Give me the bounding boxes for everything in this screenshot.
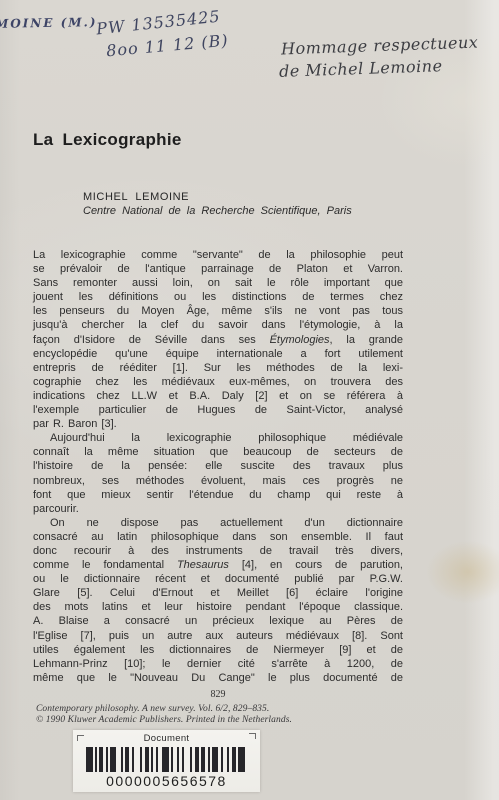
text-line: donc recourir à des instruments de trava… [33,544,403,558]
text-line: cographie chez les médiévaux eux-mêmes, … [33,375,403,389]
text-line: même que le "Nouveau Du Cange" le plus d… [33,671,403,685]
text-line: jouent les définitions ou les distinctio… [33,290,403,304]
text-line: On ne dispose pas actuellement d'un dict… [33,516,403,530]
barcode-label: Document 0000005656578 [73,730,260,792]
author-name: MICHEL LEMOINE [83,191,352,205]
text-line: façon d'Isidore de Séville dans ses Étym… [33,333,403,347]
text-line: encyclopédie qu'une équipe international… [33,347,403,361]
text-line: font que mieux sentir l'étendue du champ… [33,488,403,502]
owner-stamp-handwriting: MOINE (M.) [0,15,98,31]
text-line: Sans remonter aussi loin, on sait le rôl… [33,276,403,290]
text-line: nombreux, ses méthodes évoluent, mais ce… [33,474,403,488]
paragraph: La lexicographie comme "servante" de la … [33,248,403,431]
dedication-handwriting-line2: de Michel Lemoine [279,56,443,81]
text-line: les penseurs du Moyen Âge, même s'ils ne… [33,304,403,318]
text-line: ou le dictionnaire récent et documenté p… [33,572,403,586]
barcode-number: 0000005656578 [73,773,260,789]
footer-copyright: © 1990 Kluwer Academic Publishers. Print… [36,715,292,725]
barcode-label-title: Document [73,733,260,744]
text-line: Glare [5]. Celui d'Ernout et Meillet [6]… [33,586,403,600]
scanned-document-page: MOINE (M.) PW 13535425 8oo 11 12 (B) Hom… [0,0,499,800]
body-text: La lexicographie comme "servante" de la … [33,248,403,685]
text-line: consacré au latin philosophique dans son… [33,530,403,544]
page-number: 829 [33,689,403,700]
text-line: des mots latins et leur histoire pendant… [33,600,403,614]
text-line: Lehmann-Prinz [10]; le dernier cité s'ar… [33,657,403,671]
author-block: MICHEL LEMOINE Centre National de la Rec… [83,191,352,218]
text-line: connaît la même situation que beaucoup d… [33,445,403,459]
text-line: entrepris de rééditer [1]. Sur les métho… [33,361,403,375]
text-line: par R. Baron [3]. [33,417,403,431]
text-line: jusqu'à chercher la clef du savoir dans … [33,318,403,332]
barcode [86,747,247,772]
text-line: l'histoire de la pensée: elle suscite de… [33,459,403,473]
article-title: La Lexicographie [33,130,182,150]
author-affiliation: Centre National de la Recherche Scientif… [83,205,352,219]
footer-citation: Contemporary philosophy. A new survey. V… [36,704,269,714]
text-line: Aujourd'hui la lexicographie philosophiq… [33,431,403,445]
paragraph: On ne dispose pas actuellement d'un dict… [33,516,403,685]
text-line: se prévaloir de l'antique parrainage de … [33,262,403,276]
text-line: l'exemple particulier de Hugues de Saint… [33,403,403,417]
text-line: comme le fondamental Thesaurus [4], en c… [33,558,403,572]
text-line: utiles également les dictionnaires de Ni… [33,643,403,657]
text-line: indications chez LL.W et B.A. Daly [2] e… [33,389,403,403]
dedication-handwriting-line1: Hommage respectueux [281,33,479,59]
paragraph: Aujourd'hui la lexicographie philosophiq… [33,431,403,516]
barcode-gap [245,747,247,772]
text-line: parcourir. [33,502,403,516]
text-line: l'Eglise [7], puis un autre aux auteurs … [33,629,403,643]
text-line: La lexicographie comme "servante" de la … [33,248,403,262]
text-line: A. Blaise a consacré un précieux lexique… [33,614,403,628]
